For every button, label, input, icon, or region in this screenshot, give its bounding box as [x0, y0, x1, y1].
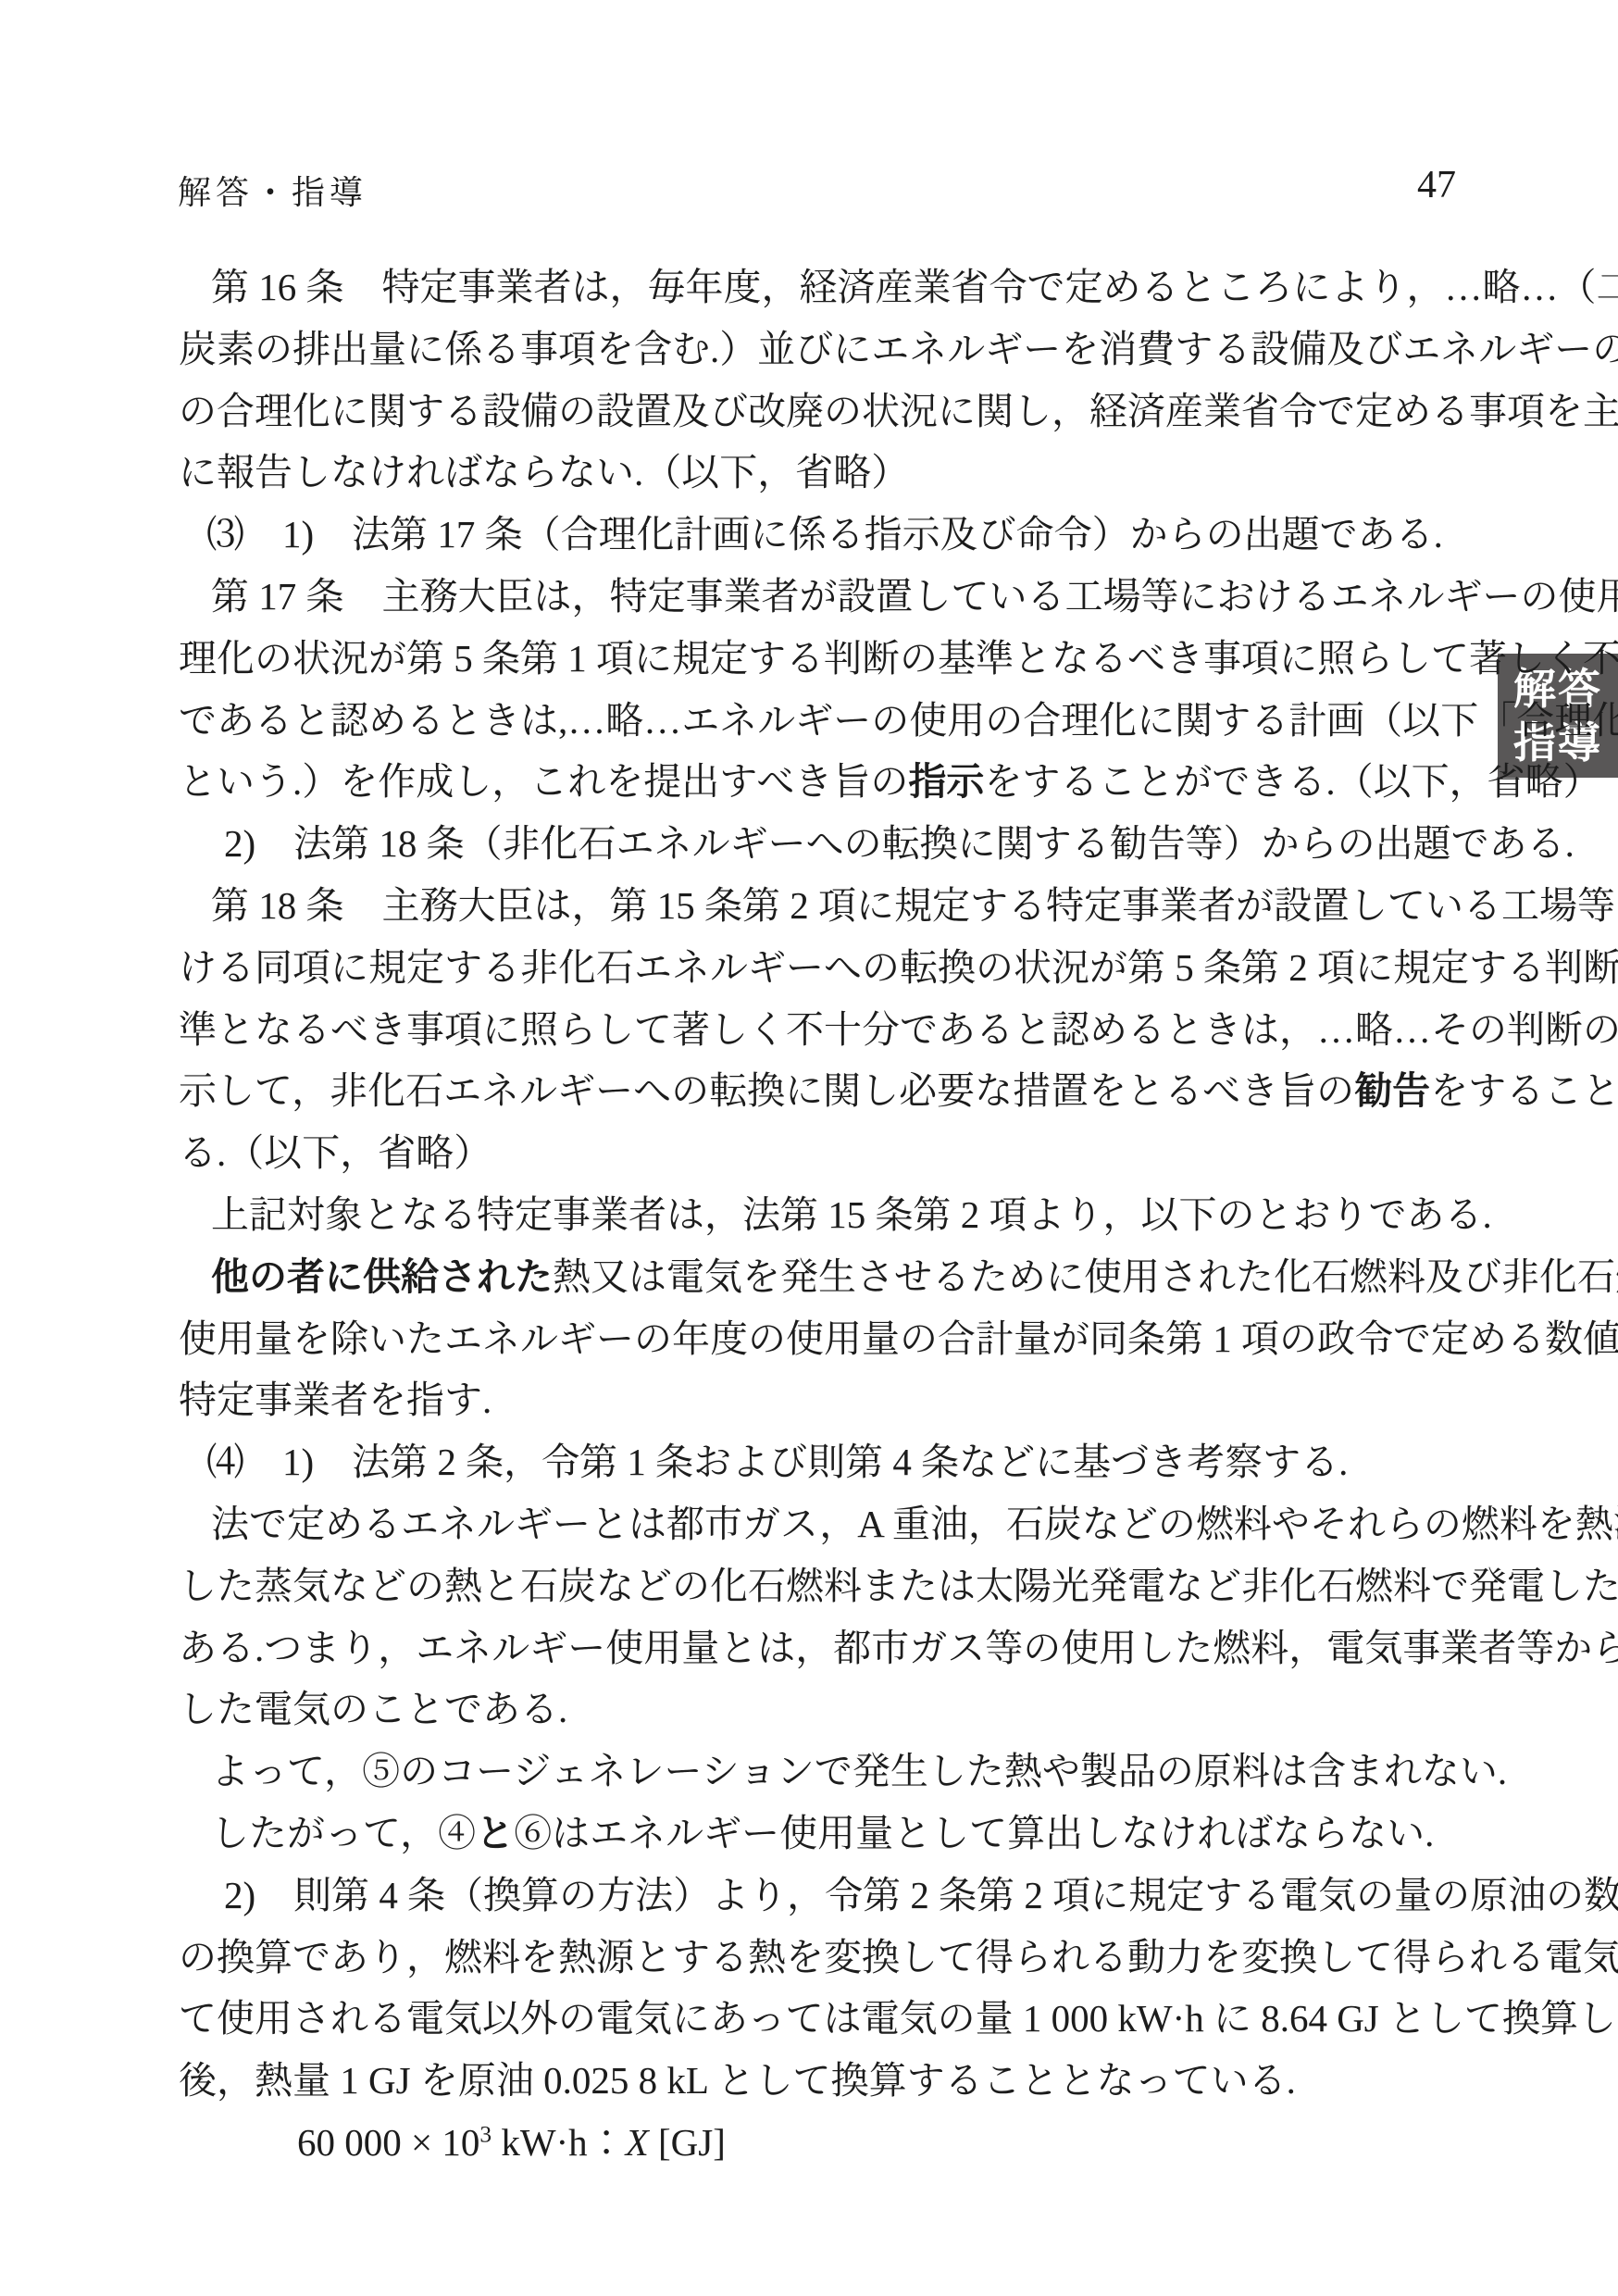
- page-number: 47: [1417, 163, 1456, 207]
- text-line-list-item: ⑶ 1) 法第 17 条（合理化計画に係る指示及び命令）からの出題である.: [179, 504, 1441, 566]
- text-line: 準となるべき事項に照らして著しく不十分であると認めるときは，…略…その判断の根拠…: [179, 999, 1441, 1061]
- text-line: 示して，非化石エネルギーへの転換に関し必要な措置をとるべき旨の勧告をすることがで…: [179, 1060, 1441, 1122]
- emphasis-text: 指示: [908, 760, 984, 803]
- text-run: をすることができる.（以下，省略）: [984, 760, 1600, 803]
- text-line: 第 17 条 主務大臣は，特定事業者が設置している工場等におけるエネルギーの使用…: [179, 566, 1441, 628]
- text-line: 特定事業者を指す.: [179, 1369, 1441, 1431]
- text-line: ける同項に規定する非化石エネルギーへの転換の状況が第 5 条第 2 項に規定する…: [179, 937, 1441, 999]
- text-line: 後，熱量 1 GJ を原油 0.025 8 kL として換算することとなっている…: [179, 2050, 1441, 2112]
- text-line: であると認めるときは,…略…エネルギーの使用の合理化に関する計画（以下「合理化計…: [179, 690, 1441, 752]
- emphasis-text: 勧告: [1354, 1069, 1430, 1112]
- text-run: [GJ]: [649, 2121, 726, 2164]
- text-line: した蒸気などの熱と石炭などの化石燃料または太陽光発電など非化石燃料で発電した電気…: [179, 1555, 1441, 1617]
- text-run: という.）を作成し，これを提出すべき旨の: [179, 760, 908, 803]
- text-line: の換算であり，燃料を熱源とする熱を変換して得られる動力を変換して得られる電気に代…: [179, 1927, 1441, 1989]
- text-line: 使用量を除いたエネルギーの年度の使用量の合計量が同条第 1 項の政令で定める数値…: [179, 1308, 1441, 1370]
- text-run: 熱又は電気を発生させるために使用された化石燃料及び非化石燃料の: [553, 1255, 1618, 1298]
- text-run: 60 000 × 10: [297, 2121, 479, 2164]
- document-page: 解答・指導 47 解答 指導 第 16 条 特定事業者は，毎年度，経済産業省令で…: [0, 0, 1618, 2296]
- body-text: 第 16 条 特定事業者は，毎年度，経済産業省令で定めるところにより，…略…（二…: [179, 256, 1441, 2174]
- text-line: したがって，④と⑥はエネルギー使用量として算出しなければならない.: [179, 1803, 1441, 1865]
- text-run: kW·h：: [492, 2121, 626, 2164]
- running-head-section-label: 解答・指導: [178, 167, 367, 214]
- text-line: 第 18 条 主務大臣は，第 15 条第 2 項に規定する特定事業者が設置してい…: [179, 875, 1441, 937]
- text-line: に報告しなければならない.（以下，省略）: [179, 442, 1441, 504]
- text-line: 法で定めるエネルギーとは都市ガス，A 重油，石炭などの燃料やそれらの燃料を熱源と: [179, 1493, 1441, 1555]
- variable-x: X: [626, 2121, 649, 2164]
- text-line-list-item: 2) 法第 18 条（非化石エネルギーへの転換に関する勧告等）からの出題である.: [179, 813, 1441, 875]
- text-line-list-item: ⑷ 1) 法第 2 条，令第 1 条および則第 4 条などに基づき考察する.: [179, 1431, 1441, 1493]
- text-line: の合理化に関する設備の設置及び改廃の状況に関し，経済産業省令で定める事項を主務大…: [179, 381, 1441, 443]
- text-line: 理化の状況が第 5 条第 1 項に規定する判断の基準となるべき事項に照らして著し…: [179, 628, 1441, 690]
- text-line-list-item: 2) 則第 4 条（換算の方法）より，令第 2 条第 2 項に規定する電気の量の…: [179, 1865, 1441, 1927]
- text-line: て使用される電気以外の電気にあっては電気の量 1 000 kW·h に 8.64…: [179, 1988, 1441, 2050]
- text-line: 他の者に供給された熱又は電気を発生させるために使用された化石燃料及び非化石燃料の: [179, 1246, 1441, 1308]
- text-line: 炭素の排出量に係る事項を含む.）並びにエネルギーを消費する設備及びエネルギーの使…: [179, 318, 1441, 381]
- conversion-formula: 60 000 × 103 kW·h：X [GJ]: [179, 2112, 1441, 2174]
- text-run: したがって，④: [211, 1812, 476, 1854]
- text-line: ある.つまり，エネルギー使用量とは，都市ガス等の使用した燃料，電気事業者等から購…: [179, 1617, 1441, 1679]
- emphasis-text: 他の者に供給された: [211, 1255, 553, 1298]
- text-line: した電気のことである.: [179, 1678, 1441, 1741]
- text-line: よって，⑤のコージェネレーションで発生した熱や製品の原料は含まれない.: [179, 1741, 1441, 1803]
- text-run: をすることができ: [1430, 1069, 1618, 1112]
- text-line: る.（以下，省略）: [179, 1122, 1441, 1184]
- text-run: ⑥はエネルギー使用量として算出しなければならない.: [514, 1812, 1434, 1854]
- text-run: 示して，非化石エネルギーへの転換に関し必要な措置をとるべき旨の: [179, 1069, 1354, 1112]
- emphasis-text: と: [476, 1812, 514, 1854]
- text-line: 上記対象となる特定事業者は，法第 15 条第 2 項より，以下のとおりである.: [179, 1184, 1441, 1246]
- exponent: 3: [479, 2121, 492, 2147]
- text-line: 第 16 条 特定事業者は，毎年度，経済産業省令で定めるところにより，…略…（二…: [179, 256, 1441, 318]
- text-line: という.）を作成し，これを提出すべき旨の指示をすることができる.（以下，省略）: [179, 751, 1441, 813]
